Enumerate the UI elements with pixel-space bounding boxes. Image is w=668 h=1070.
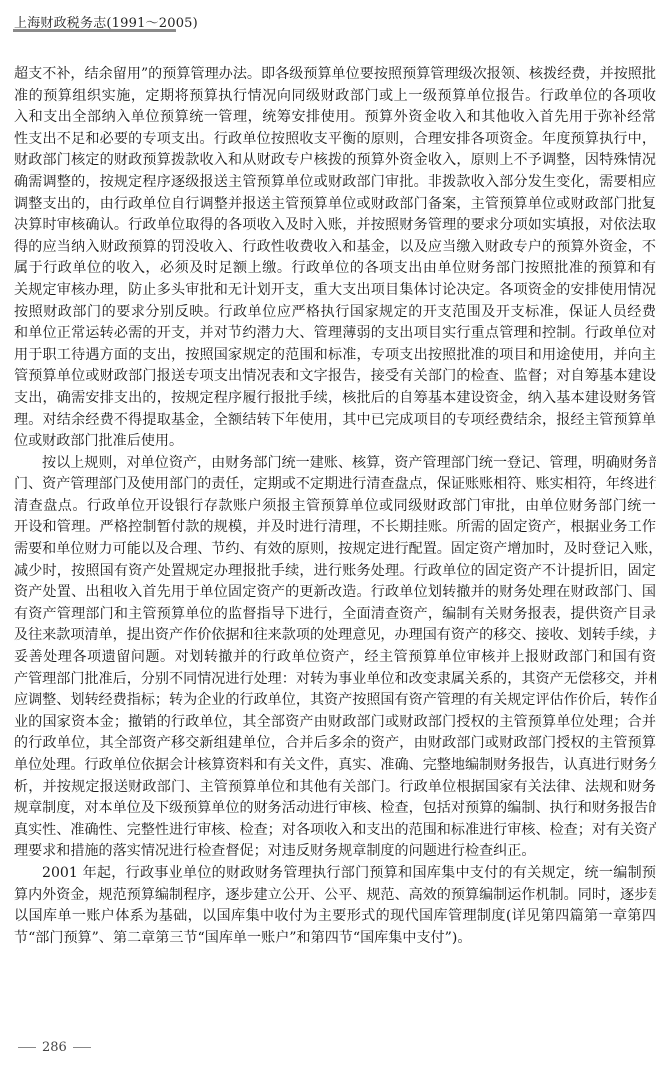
page-footer: 286 bbox=[12, 1040, 97, 1055]
text-line: 的行政单位，其全部资产移交新组建单位，合并后多余的资产，由财政部门或财政部门授权… bbox=[14, 733, 656, 755]
text-line: 开设和管理。严格控制暂付款的规模，并及时进行清理，不长期挂账。所需的固定资产，根… bbox=[14, 517, 656, 539]
footer-dash-left bbox=[18, 1047, 36, 1048]
text-line: 2001 年起，行政事业单位的财政财务管理执行部门预算和国库集中支付的有关规定，… bbox=[14, 863, 656, 885]
text-line: 理。对结余经费不得提取基金，全额结转下年使用，其中已完成项目的专项经费结余，报经… bbox=[14, 410, 656, 432]
text-line: 业的国家资本金；撤销的行政单位，其全部资产由财政部门或财政部门授权的主管预算单位… bbox=[14, 712, 656, 734]
footer-dash-right bbox=[73, 1047, 91, 1048]
text-line: 得的应当纳入财政预算的罚没收入、行政性收费收入和基金，以及应当缴入财政专户的预算… bbox=[14, 237, 656, 259]
page-number: 286 bbox=[42, 1040, 67, 1055]
header-rule bbox=[13, 29, 176, 32]
text-line: 位或财政部门批准后使用。 bbox=[14, 431, 656, 453]
text-line: 超支不补，结余留用”的预算管理办法。即各级预算单位要按照预算管理级次报领、核拨经… bbox=[14, 64, 656, 86]
text-line: 单位处理。行政单位依据会计核算资料和有关文件，真实、准确、完整地编制财务报告，认… bbox=[14, 755, 656, 777]
text-line: 和单位正常运转必需的开支，并对节约潜力大、管理薄弱的支出项目实行重点管理和控制。… bbox=[14, 323, 656, 345]
text-line: 清查盘点。行政单位开设银行存款账户须报主管预算单位或同级财政部门审批，由单位财务… bbox=[14, 496, 656, 518]
text-line: 需要和单位财力可能以及合理、节约、有效的原则，按规定进行配置。固定资产增加时，及… bbox=[14, 539, 656, 561]
text-line: 入和支出全部纳入单位预算统一管理，统筹安排使用。预算外资金收入和其他收入首先用于… bbox=[14, 107, 656, 129]
text-line: 妥善处理各项遗留问题。对划转撤并的行政单位资产，经主管预算单位审核并上报财政部门… bbox=[14, 647, 656, 669]
text-line: 管预算单位或财政部门报送专项支出情况表和文字报告，接受有关部门的检查、监督；对自… bbox=[14, 366, 656, 388]
text-line: 规章制度，对本单位及下级预算单位的财务活动进行审核、检查，包括对预算的编制、执行… bbox=[14, 798, 656, 820]
text-line: 以国库单一账户体系为基础，以国库集中收付为主要形式的现代国库管理制度(详见第四篇… bbox=[14, 906, 656, 928]
text-line: 按照财政部门的要求分别反映。行政单位应严格执行国家规定的开支范围及开支标准，保证… bbox=[14, 302, 656, 324]
text-line: 性支出不足和必要的专项支出。行政单位按照收支平衡的原则，合理安排各项资金。年度预… bbox=[14, 129, 656, 151]
text-line: 属于行政单位的收入，必须及时足额上缴。行政单位的各项支出由单位财务部门按照批准的… bbox=[14, 258, 656, 280]
text-line: 关规定审核办理，防止多头审批和无计划开支，重大支出项目集体讨论决定。各项资金的安… bbox=[14, 280, 656, 302]
text-line: 真实性、准确性、完整性进行审核、检查；对各项收入和支出的范围和标准进行审核、检查… bbox=[14, 820, 656, 842]
text-line: 支出，确需安排支出的，按规定程序履行报批手续，核批后的自筹基本建设资金，纳入基本… bbox=[14, 388, 656, 410]
text-line: 减少时，按照国有资产处置规定办理报批手续，进行账务处理。行政单位的固定资产不计提… bbox=[14, 561, 656, 583]
text-line: 按以上规则，对单位资产，由财务部门统一建账、核算，资产管理部门统一登记、管理，明… bbox=[14, 453, 656, 475]
text-line: 产管理部门批准后，分别不同情况进行处理：对转为事业单位和改变隶属关系的，其资产无… bbox=[14, 669, 656, 691]
text-line: 财政部门核定的财政预算拨款收入和从财政专户核拨的预算外资金收入，原则上不予调整，… bbox=[14, 150, 656, 172]
text-line: 及往来款项清单，提出资产作价依据和往来款项的处理意见，办理国有资产的移交、接收、… bbox=[14, 625, 656, 647]
text-line: 有资产管理部门和主管预算单位的监督指导下进行，全面清查资产，编制有关财务报表，提… bbox=[14, 604, 656, 626]
text-line: 算内外资金，规范预算编制程序，逐步建立公开、公平、规范、高效的预算编制运作机制。… bbox=[14, 885, 656, 907]
text-line: 用于职工待遇方面的支出，按照国家规定的范围和标准，专项支出按照批准的项目和用途使… bbox=[14, 345, 656, 367]
text-line: 调整支出的，由行政单位自行调整并报送主管预算单位或财政部门备案，主管预算单位或财… bbox=[14, 194, 656, 216]
text-line: 准的预算组织实施，定期将预算执行情况向同级财政部门或上一级预算单位报告。行政单位… bbox=[14, 86, 656, 108]
text-line: 确需调整的，按规定程序逐级报送主管预算单位或财政部门审批。非拨款收入部分发生变化… bbox=[14, 172, 656, 194]
body-text: 超支不补，结余留用”的预算管理办法。即各级预算单位要按照预算管理级次报领、核拨经… bbox=[14, 64, 656, 949]
text-line: 应调整、划转经费指标；转为企业的行政单位，其资产按照国有资产管理的有关规定评估作… bbox=[14, 690, 656, 712]
text-line: 资产处置、出租收入首先用于单位固定资产的更新改造。行政单位划转撤并的财务处理在财… bbox=[14, 582, 656, 604]
text-line: 决算时审核确认。行政单位取得的各项收入及时入账，并按照财务管理的要求分项如实填报… bbox=[14, 215, 656, 237]
text-line: 门、资产管理部门及使用部门的责任，定期或不定期进行清查盘点，保证账账相符、账实相… bbox=[14, 474, 656, 496]
text-line: 析，并按规定报送财政部门、主管预算单位和其他有关部门。行政单位根据国家有关法律、… bbox=[14, 777, 656, 799]
text-line: 节“部门预算”、第二章第三节“国库单一账户”和第四节“国库集中支付”)。 bbox=[14, 928, 656, 950]
text-line: 理要求和措施的落实情况进行检查督促；对违反财务规章制度的问题进行检查纠正。 bbox=[14, 841, 656, 863]
